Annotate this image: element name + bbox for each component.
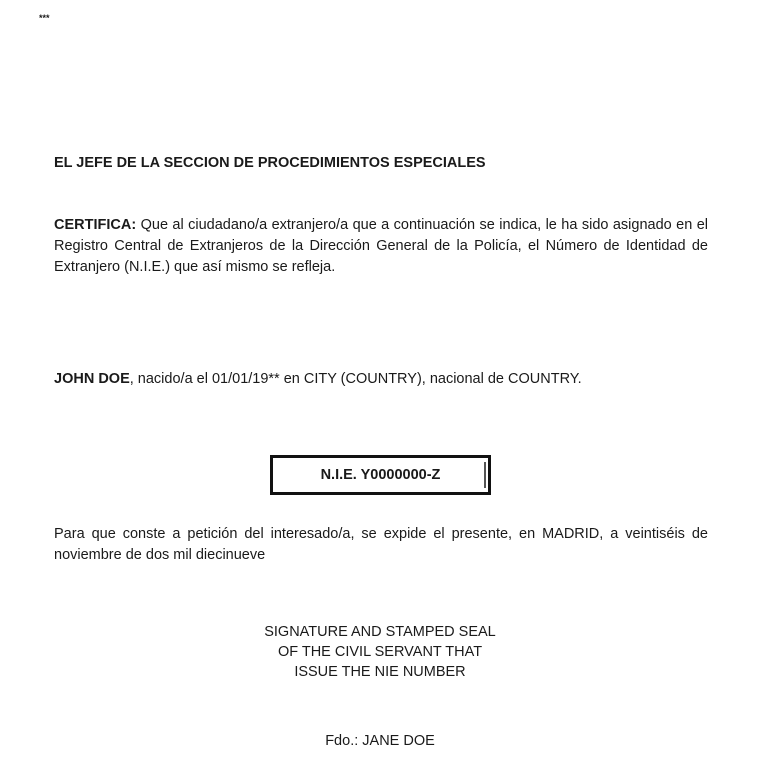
person-name: JOHN DOE xyxy=(54,371,130,387)
person-paragraph: JOHN DOE, nacido/a el 01/01/19** en CITY… xyxy=(54,369,708,390)
document-heading: EL JEFE DE LA SECCION DE PROCEDIMIENTOS … xyxy=(54,155,486,171)
certifica-paragraph: CERTIFICA: Que al ciudadano/a extranjero… xyxy=(54,215,708,278)
nie-number: N.I.E. Y0000000-Z xyxy=(321,467,441,483)
header-mark: *** xyxy=(39,13,50,23)
nie-number-box: N.I.E. Y0000000-Z xyxy=(270,455,491,495)
issuance-paragraph: Para que conste a petición del interesad… xyxy=(54,524,708,566)
signature-note: SIGNATURE AND STAMPED SEAL OF THE CIVIL … xyxy=(200,622,560,682)
certifica-label: CERTIFICA: xyxy=(54,217,136,233)
signature-line: SIGNATURE AND STAMPED SEAL xyxy=(200,622,560,642)
certifica-text: Que al ciudadano/a extranjero/a que a co… xyxy=(54,217,708,275)
person-details: , nacido/a el 01/01/19** en CITY (COUNTR… xyxy=(130,371,582,387)
signature-line: ISSUE THE NIE NUMBER xyxy=(200,662,560,682)
signed-by: Fdo.: JANE DOE xyxy=(200,733,560,749)
signature-line: OF THE CIVIL SERVANT THAT xyxy=(200,642,560,662)
